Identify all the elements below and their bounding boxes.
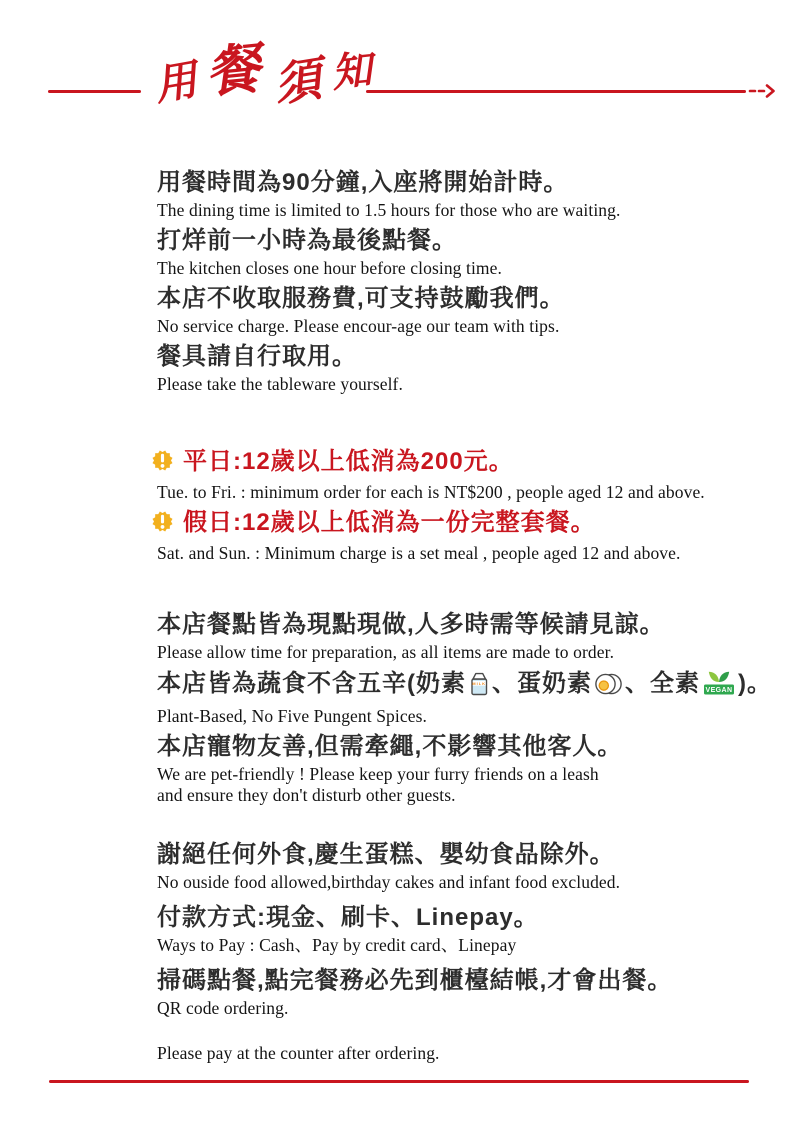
section-ordering: 謝絕任何外食,慶生蛋糕、嬰幼食品除外。 No ouside food allow…: [157, 840, 787, 1064]
notice-item: 掃碼點餐,點完餐務必先到櫃檯結帳,才會出餐。 QR code ordering.: [157, 966, 787, 1019]
svg-text:MILK: MILK: [472, 681, 486, 686]
milk-carton-icon: MILK: [469, 670, 489, 703]
dining-notice-page: 用 餐 須 知 用餐時間為90分鐘,入座將開始計時。 The dining ti…: [0, 0, 800, 1131]
notice-zh: 本店餐點皆為現點現做,人多時需等候請見諒。: [157, 610, 787, 639]
notice-zh-highlight: 假日:12歲以上低消為一份完整套餐。: [157, 508, 787, 540]
notice-item: 本店寵物友善,但需牽繩,不影響其他客人。 We are pet-friendly…: [157, 732, 787, 806]
notice-en: We are pet-friendly ! Please keep your f…: [157, 764, 787, 785]
notice-en: No ouside food allowed,birthday cakes an…: [157, 872, 787, 893]
notice-en: No service charge. Please encour-age our…: [157, 316, 787, 337]
page-title-char: 用: [151, 58, 200, 107]
notice-zh: 打烊前一小時為最後點餐。: [157, 226, 787, 255]
notice-zh: 本店寵物友善,但需牽繩,不影響其他客人。: [157, 732, 787, 761]
notice-item: 謝絕任何外食,慶生蛋糕、嬰幼食品除外。 No ouside food allow…: [157, 840, 787, 893]
notice-item: 本店餐點皆為現點現做,人多時需等候請見諒。 Please allow time …: [157, 610, 787, 663]
section-minimum-charge: 平日:12歲以上低消為200元。 Tue. to Fri. : minimum …: [157, 447, 787, 564]
notice-item: 假日:12歲以上低消為一份完整套餐。 Sat. and Sun. : Minim…: [157, 508, 787, 564]
diet-text-suffix: )。: [738, 670, 772, 697]
notice-en: Plant-Based, No Five Pungent Spices.: [157, 706, 787, 727]
section-general: 用餐時間為90分鐘,入座將開始計時。 The dining time is li…: [157, 168, 787, 395]
alert-badge-icon: [151, 510, 174, 540]
page-title-char: 餐: [203, 41, 262, 100]
notice-en: Tue. to Fri. : minimum order for each is…: [157, 482, 787, 503]
notice-item: 打烊前一小時為最後點餐。 The kitchen closes one hour…: [157, 226, 787, 279]
notice-item: 餐具請自行取用。 Please take the tableware yours…: [157, 342, 787, 395]
svg-text:VEGAN: VEGAN: [706, 687, 733, 694]
footer-rule: [49, 1080, 749, 1083]
notice-en: QR code ordering.: [157, 998, 787, 1019]
notice-list: 用餐時間為90分鐘,入座將開始計時。 The dining time is li…: [157, 168, 787, 1074]
notice-item: 本店不收取服務費,可支持鼓勵我們。 No service charge. Ple…: [157, 284, 787, 337]
notice-zh: 掃碼點餐,點完餐務必先到櫃檯結帳,才會出餐。: [157, 966, 787, 995]
notice-en: The kitchen closes one hour before closi…: [157, 258, 787, 279]
notice-zh: 付款方式:現金、刷卡、Linepay。: [157, 903, 787, 932]
notice-zh: 謝絕任何外食,慶生蛋糕、嬰幼食品除外。: [157, 840, 787, 869]
notice-zh-text: 平日:12歲以上低消為200元。: [183, 448, 514, 475]
notice-item: 平日:12歲以上低消為200元。 Tue. to Fri. : minimum …: [157, 447, 787, 503]
notice-en: Ways to Pay : Cash、Pay by credit card、Li…: [157, 935, 787, 956]
notice-zh: 本店皆為蔬食不含五辛(奶素 MILK 、蛋奶素: [157, 668, 787, 703]
egg-icon: [595, 672, 622, 703]
notice-zh: 用餐時間為90分鐘,入座將開始計時。: [157, 168, 787, 197]
section-kitchen: 本店餐點皆為現點現做,人多時需等候請見諒。 Please allow time …: [157, 610, 787, 806]
diet-text-prefix: 本店皆為蔬食不含五辛(奶素: [157, 670, 466, 697]
notice-zh: 本店不收取服務費,可支持鼓勵我們。: [157, 284, 787, 313]
diet-text-mid: 、全素: [625, 670, 700, 697]
notice-item-diet: 本店皆為蔬食不含五辛(奶素 MILK 、蛋奶素: [157, 668, 787, 727]
page-title-char: 知: [330, 50, 374, 94]
vegan-badge-icon: VEGAN: [703, 668, 735, 703]
notice-item: 用餐時間為90分鐘,入座將開始計時。 The dining time is li…: [157, 168, 787, 221]
page-title-char: 須: [271, 54, 325, 108]
notice-en: Sat. and Sun. : Minimum charge is a set …: [157, 543, 787, 564]
notice-item: 付款方式:現金、刷卡、Linepay。 Ways to Pay : Cash、P…: [157, 903, 787, 956]
notice-en: The dining time is limited to 1.5 hours …: [157, 200, 787, 221]
footer-note: Please pay at the counter after ordering…: [157, 1043, 787, 1064]
notice-zh: 餐具請自行取用。: [157, 342, 787, 371]
notice-zh-text: 假日:12歲以上低消為一份完整套餐。: [183, 509, 596, 536]
page-title: 用 餐 須 知: [152, 46, 371, 100]
header-rule-right: [366, 90, 746, 93]
notice-en: Please allow time for preparation, as al…: [157, 642, 787, 663]
notice-zh-highlight: 平日:12歲以上低消為200元。: [157, 447, 787, 479]
diet-text-mid: 、蛋奶素: [492, 670, 592, 697]
header-rule-left: [48, 90, 141, 93]
alert-badge-icon: [151, 449, 174, 479]
notice-en: Please take the tableware yourself.: [157, 374, 787, 395]
notice-en: and ensure they don't disturb other gues…: [157, 785, 787, 806]
dashed-arrow-right-icon: [748, 82, 776, 105]
